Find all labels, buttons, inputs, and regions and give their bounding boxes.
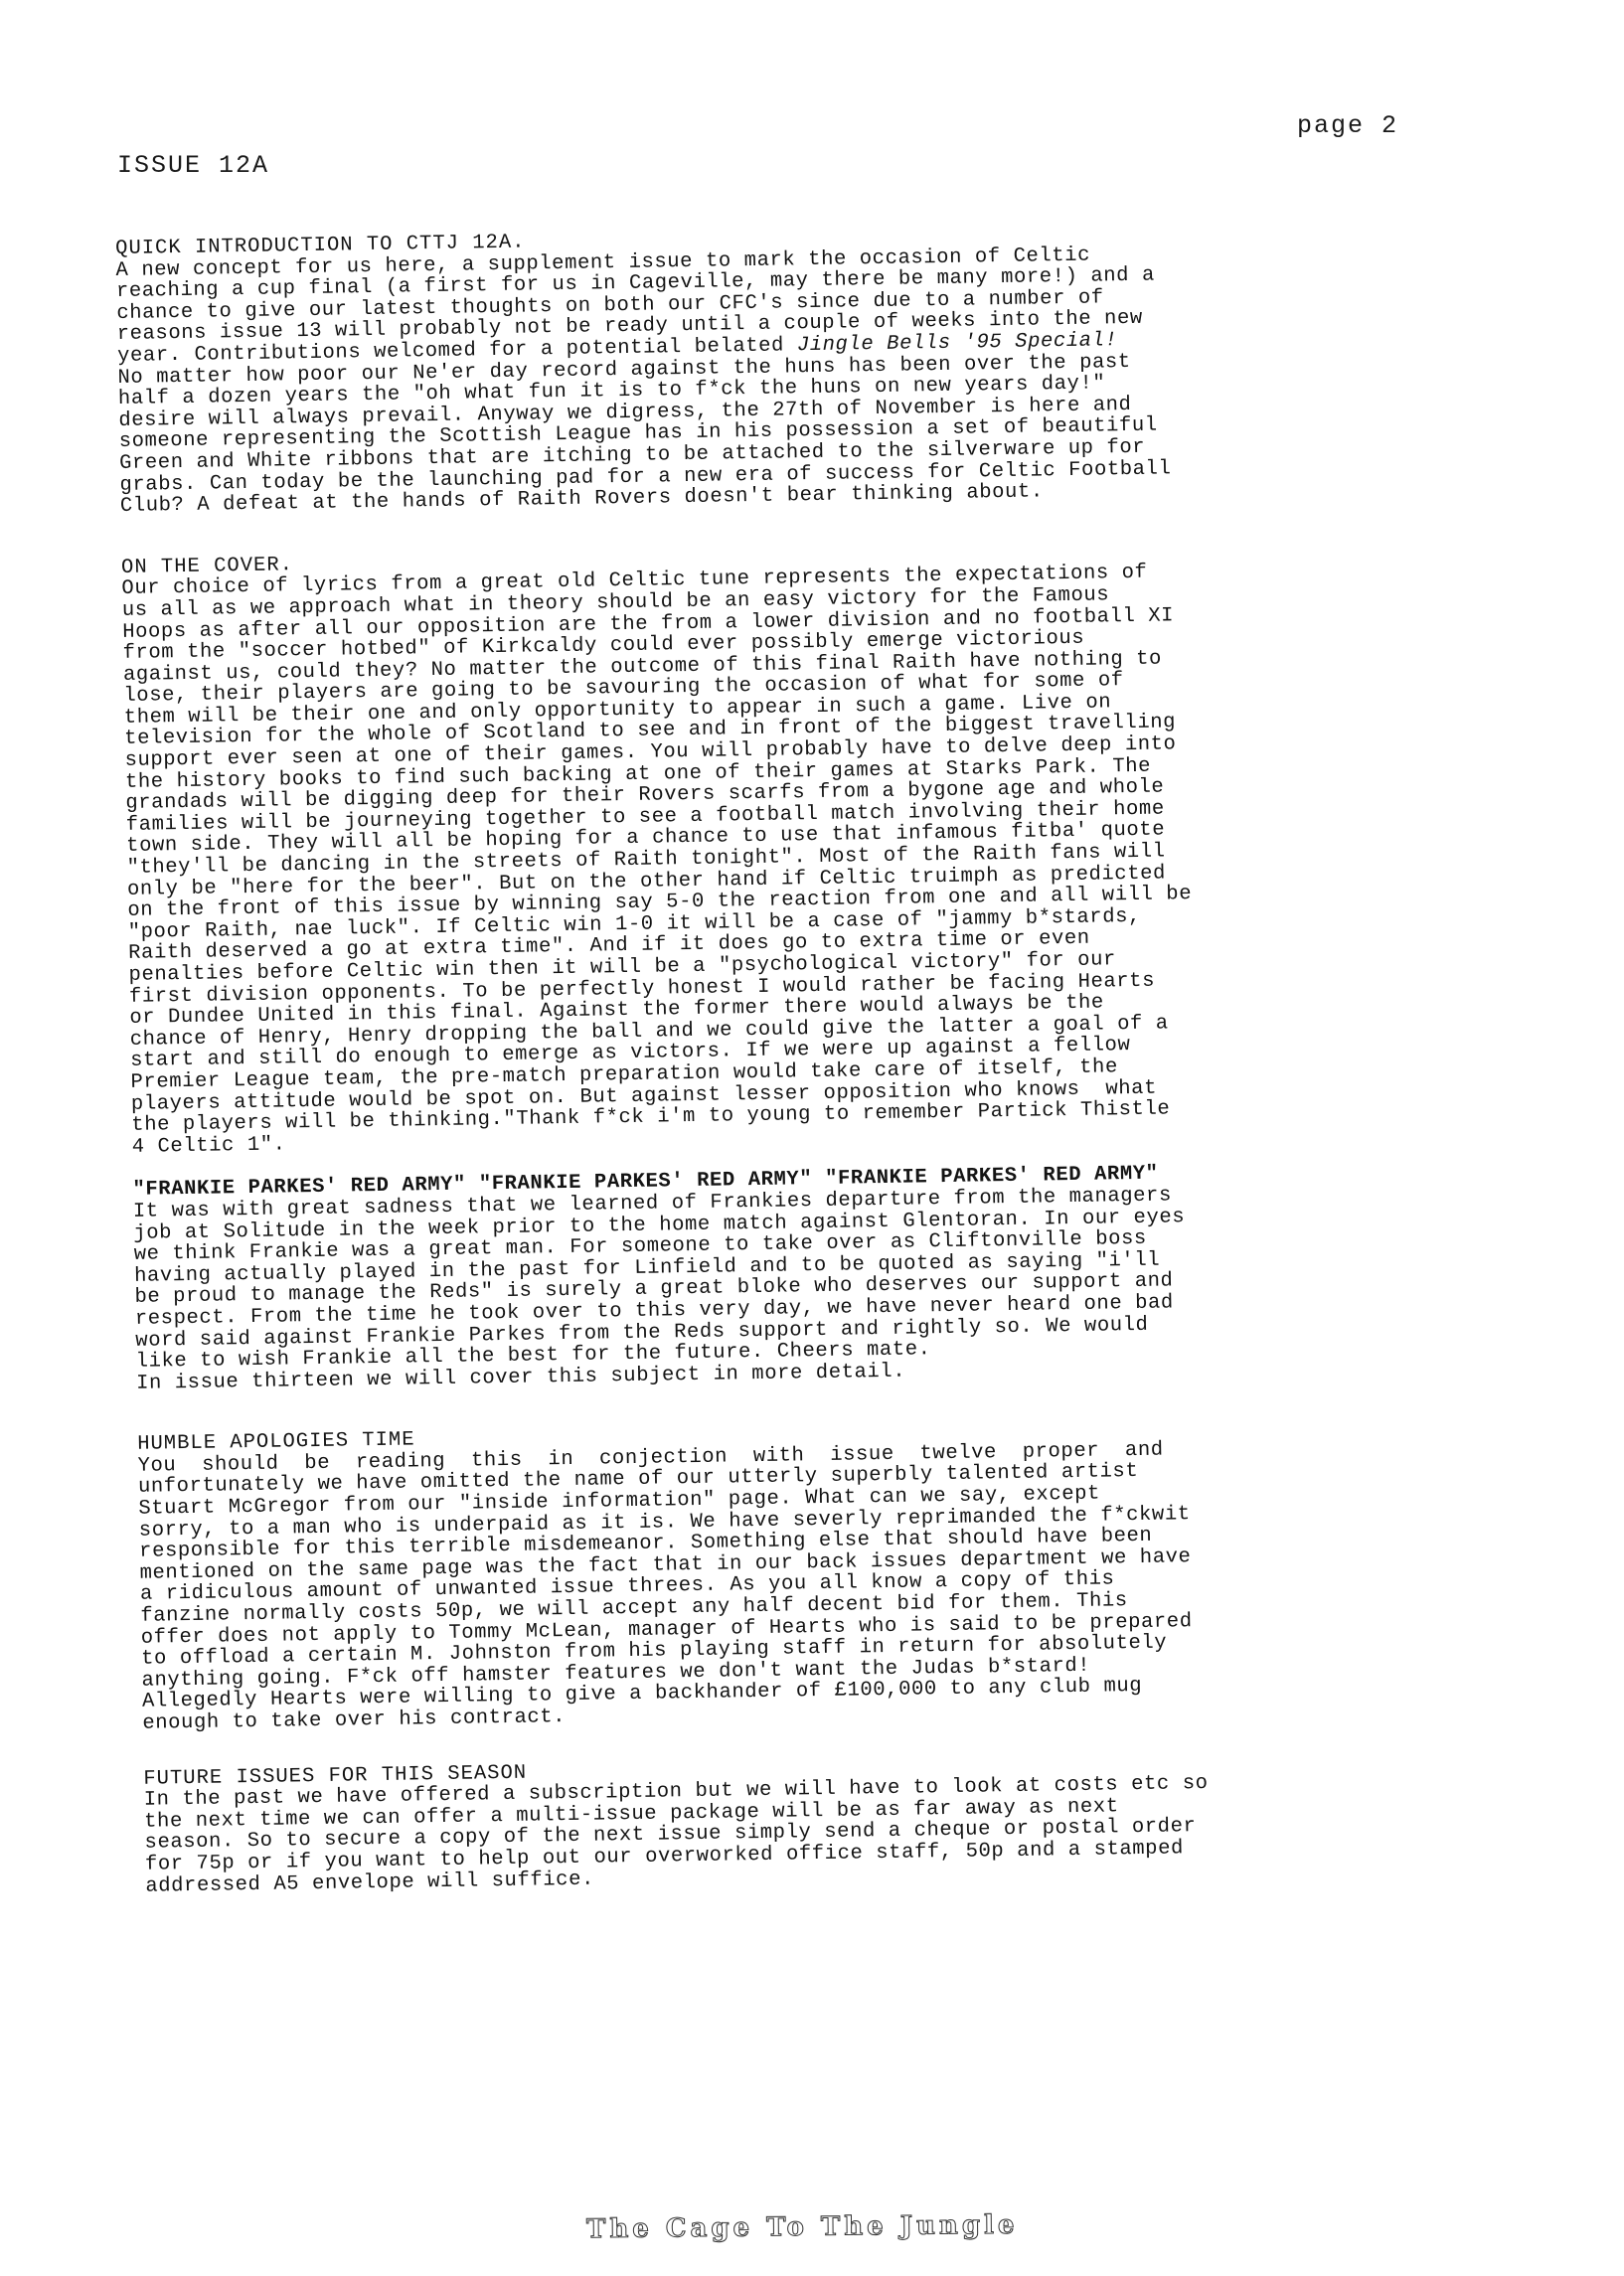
section-text: You should be reading this in conjection… [137,1434,1514,1734]
fanzine-footer-title: The Cage To The Jungle [586,2210,1019,2245]
page-number: page 2 [1297,111,1398,140]
section-quick-introduction: QUICK INTRODUCTION TO CTTJ 12A. A new co… [115,217,1492,517]
article-body: QUICK INTRODUCTION TO CTTJ 12A. A new co… [115,217,1517,1897]
section-frankie-parkes: "FRANKIE PARKES' RED ARMY" "FRANKIE PARK… [132,1159,1508,1395]
section-on-the-cover: ON THE COVER. Our choice of lyrics from … [121,536,1504,1158]
section-text: It was with great sadness that we learne… [133,1180,1508,1394]
section-future-issues: FUTURE ISSUES FOR THIS SEASON In the pas… [143,1747,1517,1897]
fanzine-page: page 2 ISSUE 12A QUICK INTRODUCTION TO C… [0,0,1624,2276]
section-humble-apologies: HUMBLE APOLOGIES TIME You should be read… [137,1412,1514,1734]
issue-label: ISSUE 12A [117,151,269,180]
section-text: Our choice of lyrics from a great old Ce… [121,558,1504,1159]
section-text: In the past we have offered a subscripti… [144,1768,1518,1897]
section-text: A new concept for us here, a supplement … [115,239,1492,518]
